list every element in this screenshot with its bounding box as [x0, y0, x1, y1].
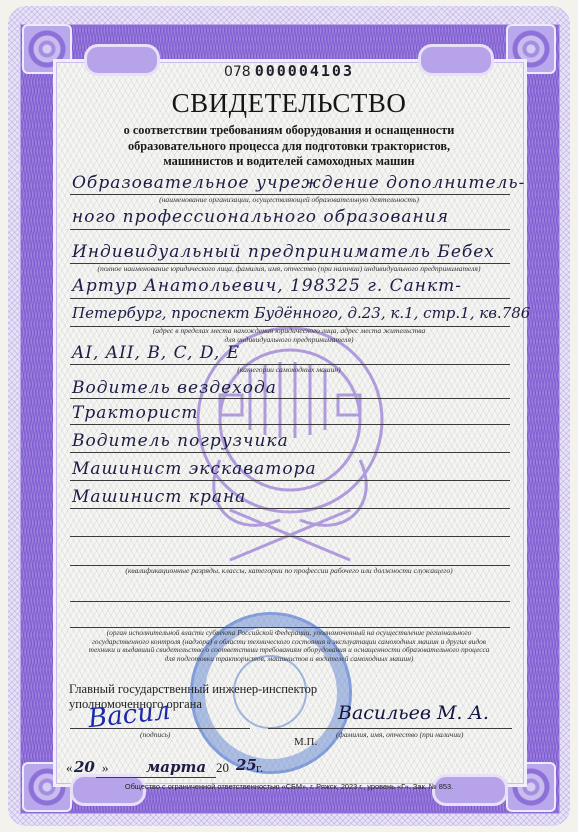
- document-subtitle: о соответствии требованиям оборудования …: [60, 123, 518, 170]
- date-day: 20: [74, 758, 95, 776]
- categories-caption: (категории самоходных машин): [60, 366, 518, 375]
- qualification-item: Машинист экскаватора: [72, 459, 512, 479]
- rule-line: [70, 480, 510, 481]
- qualification-item: Машинист крана: [72, 487, 512, 507]
- year-unit: г.: [256, 760, 263, 776]
- address-line-2: Петербург, проспект Будённого, д.23, к.1…: [72, 304, 512, 322]
- serial-digits: 000004103: [255, 62, 354, 80]
- quote-open: «: [66, 760, 73, 776]
- subtitle-line: образовательного процесса для подготовки…: [60, 139, 518, 155]
- rule-line: [70, 536, 510, 537]
- certificate-body: [56, 62, 524, 784]
- machine-categories: AI, AII, B, C, D, E: [72, 343, 512, 363]
- quote-close: »: [102, 760, 109, 776]
- position-line: Главный государственный инженер-инспекто…: [69, 682, 317, 697]
- organization-line-1: Образовательное учреждение дополнитель-: [72, 173, 512, 193]
- signature-line: [70, 728, 250, 729]
- rule-line: [70, 452, 510, 453]
- rule-line: [70, 229, 510, 230]
- serial-prefix: 078: [224, 64, 251, 80]
- qualification-item: Водитель погрузчика: [72, 431, 512, 451]
- subtitle-line: машинистов и водителей самоходных машин: [60, 154, 518, 170]
- serial-number: 078000004103: [0, 62, 578, 80]
- qualifications-caption: (квалификационные разряды, классы, катег…: [60, 567, 518, 576]
- legal-entity-caption: (полное наименование юридического лица, …: [60, 265, 518, 274]
- rule-line: [70, 398, 510, 399]
- signature-caption: (подпись): [140, 730, 170, 739]
- year-prefix: 20: [216, 760, 229, 776]
- subtitle-line: о соответствии требованиям оборудования …: [60, 123, 518, 139]
- qualification-item: Тракторист: [72, 403, 512, 423]
- rule-line: [70, 298, 510, 299]
- qualification-item: Водитель вездехода: [72, 378, 512, 398]
- name-line: [268, 728, 512, 729]
- seal-placeholder-label: М.П.: [294, 736, 317, 748]
- address-caption: (адрес в пределах места нахождения юриди…: [60, 327, 518, 344]
- authority-caption: (орган исполнительной власти субъекта Ро…: [86, 629, 492, 663]
- rule-line: [70, 601, 510, 602]
- certificate-sheet: 078000004103 СВИДЕТЕЛЬСТВО о соответстви…: [0, 0, 578, 832]
- printer-imprint: Общество с ограниченной ответственностью…: [0, 782, 578, 791]
- organization-caption: (наименование организации, осуществляюще…: [60, 196, 518, 205]
- date-month: марта: [146, 758, 206, 776]
- rule-line: [70, 508, 510, 509]
- organization-line-2: ного профессионального образования: [72, 207, 512, 227]
- document-title: СВИДЕТЕЛЬСТВО: [0, 88, 578, 119]
- month-line: [112, 777, 216, 778]
- year-suffix: 25: [236, 756, 257, 774]
- address-line-1: Артур Анатольевич, 198325 г. Санкт-: [72, 276, 512, 296]
- name-caption: (фамилия, имя, отчество (при наличии): [336, 730, 463, 739]
- rule-line: [70, 424, 510, 425]
- signatory-name: Васильев М. А.: [338, 702, 489, 724]
- legal-entity-line: Индивидуальный предприниматель Бебех: [72, 242, 512, 262]
